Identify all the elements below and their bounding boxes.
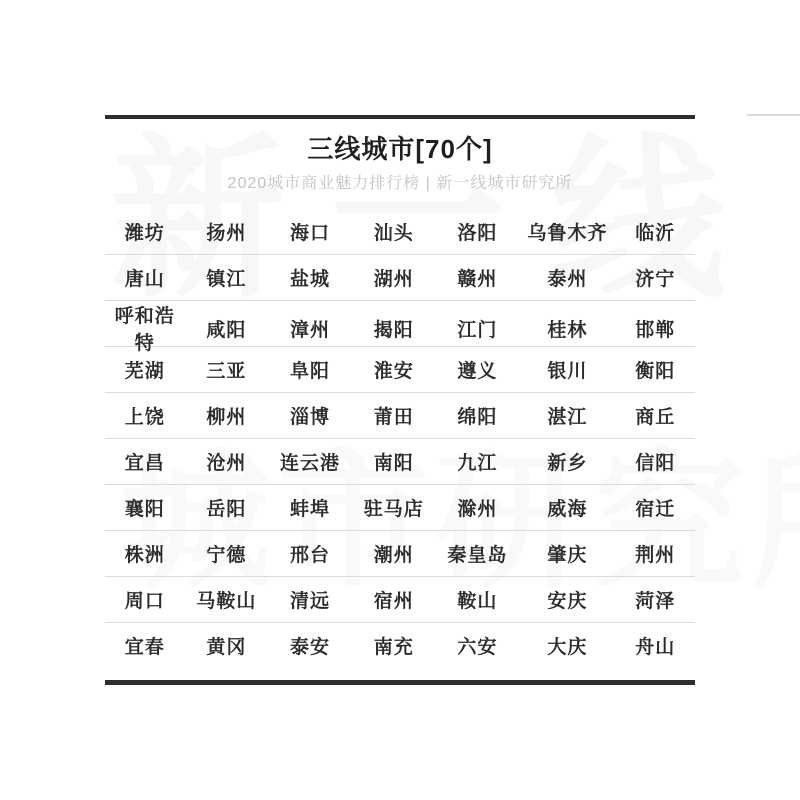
- city-cell: 宜昌: [105, 448, 185, 475]
- city-cell: 泰安: [268, 632, 352, 659]
- city-cell: 荆州: [615, 540, 695, 567]
- table-row: 株洲宁德邢台潮州秦皇岛肇庆荆州: [105, 530, 695, 576]
- city-cell: 邯郸: [615, 315, 695, 342]
- city-cell: 湛江: [519, 402, 615, 429]
- city-cell: 大庆: [519, 632, 615, 659]
- top-rule: [105, 115, 695, 119]
- table-row: 芜湖三亚阜阳淮安遵义银川衡阳: [105, 346, 695, 392]
- city-cell: 淮安: [352, 356, 436, 383]
- table-row: 宜昌沧州连云港南阳九江新乡信阳: [105, 438, 695, 484]
- city-cell: 南阳: [352, 448, 436, 475]
- city-cell: 九江: [436, 448, 520, 475]
- city-cell: 安庆: [519, 586, 615, 613]
- city-cell: 威海: [519, 494, 615, 521]
- city-cell: 汕头: [352, 218, 436, 245]
- city-cell: 宁德: [185, 540, 269, 567]
- city-cell: 潮州: [352, 540, 436, 567]
- city-cell: 宜春: [105, 632, 185, 659]
- city-cell: 邢台: [268, 540, 352, 567]
- city-cell: 湖州: [352, 264, 436, 291]
- card-title: 三线城市[70个]: [105, 134, 695, 164]
- table-row: 上饶柳州淄博莆田绵阳湛江商丘: [105, 392, 695, 438]
- city-cell: 岳阳: [185, 494, 269, 521]
- city-cell: 驻马店: [352, 494, 436, 521]
- city-cell: 秦皇岛: [436, 540, 520, 567]
- city-cell: 黄冈: [185, 632, 269, 659]
- city-cell: 江门: [436, 315, 520, 342]
- city-cell: 银川: [519, 356, 615, 383]
- table-row: 宜春黄冈泰安南充六安大庆舟山: [105, 622, 695, 668]
- city-cell: 揭阳: [352, 315, 436, 342]
- city-cell: 绵阳: [436, 402, 520, 429]
- city-cell: 赣州: [436, 264, 520, 291]
- city-cell: 济宁: [615, 264, 695, 291]
- bottom-rule: [105, 680, 695, 685]
- city-cell: 周口: [105, 586, 185, 613]
- city-cell: 宿迁: [615, 494, 695, 521]
- city-cell: 镇江: [185, 264, 269, 291]
- city-cell: 淄博: [268, 402, 352, 429]
- city-cell: 南充: [352, 632, 436, 659]
- city-cell: 衡阳: [615, 356, 695, 383]
- city-cell: 蚌埠: [268, 494, 352, 521]
- city-cell: 盐城: [268, 264, 352, 291]
- city-cell: 潍坊: [105, 218, 185, 245]
- city-cell: 扬州: [185, 218, 269, 245]
- city-cell: 信阳: [615, 448, 695, 475]
- city-cell: 呼和浩特: [105, 301, 185, 355]
- city-cell: 马鞍山: [185, 586, 269, 613]
- city-cell: 柳州: [185, 402, 269, 429]
- city-cell: 沧州: [185, 448, 269, 475]
- city-cell: 滁州: [436, 494, 520, 521]
- city-cell: 宿州: [352, 586, 436, 613]
- city-cell: 临沂: [615, 218, 695, 245]
- city-cell: 鞍山: [436, 586, 520, 613]
- city-cell: 遵义: [436, 356, 520, 383]
- page: 新一线 城市研究所 三线城市[70个] 2020城市商业魅力排行榜 | 新一线城…: [0, 0, 800, 800]
- city-cell: 咸阳: [185, 315, 269, 342]
- city-cell: 连云港: [268, 448, 352, 475]
- tier3-cities-card: 三线城市[70个] 2020城市商业魅力排行榜 | 新一线城市研究所 潍坊扬州海…: [105, 115, 695, 685]
- city-cell: 株洲: [105, 540, 185, 567]
- city-cell: 襄阳: [105, 494, 185, 521]
- city-cell: 泰州: [519, 264, 615, 291]
- city-cell: 阜阳: [268, 356, 352, 383]
- city-cell: 商丘: [615, 402, 695, 429]
- city-cell: 清远: [268, 586, 352, 613]
- city-cell: 新乡: [519, 448, 615, 475]
- city-table: 潍坊扬州海口汕头洛阳乌鲁木齐临沂唐山镇江盐城湖州赣州泰州济宁呼和浩特咸阳漳州揭阳…: [105, 209, 695, 668]
- city-cell: 桂林: [519, 315, 615, 342]
- city-cell: 乌鲁木齐: [519, 218, 615, 245]
- table-row: 唐山镇江盐城湖州赣州泰州济宁: [105, 254, 695, 300]
- city-cell: 洛阳: [436, 218, 520, 245]
- city-cell: 唐山: [105, 264, 185, 291]
- city-cell: 漳州: [268, 315, 352, 342]
- crop-artifact-line: [747, 114, 800, 116]
- table-row: 周口马鞍山清远宿州鞍山安庆菏泽: [105, 576, 695, 622]
- city-cell: 海口: [268, 218, 352, 245]
- city-cell: 肇庆: [519, 540, 615, 567]
- city-cell: 三亚: [185, 356, 269, 383]
- table-row: 呼和浩特咸阳漳州揭阳江门桂林邯郸: [105, 300, 695, 346]
- city-cell: 菏泽: [615, 586, 695, 613]
- table-row: 襄阳岳阳蚌埠驻马店滁州威海宿迁: [105, 484, 695, 530]
- city-cell: 上饶: [105, 402, 185, 429]
- card-subtitle: 2020城市商业魅力排行榜 | 新一线城市研究所: [105, 173, 695, 195]
- city-cell: 六安: [436, 632, 520, 659]
- city-cell: 舟山: [615, 632, 695, 659]
- table-row: 潍坊扬州海口汕头洛阳乌鲁木齐临沂: [105, 209, 695, 254]
- city-cell: 芜湖: [105, 356, 185, 383]
- city-cell: 莆田: [352, 402, 436, 429]
